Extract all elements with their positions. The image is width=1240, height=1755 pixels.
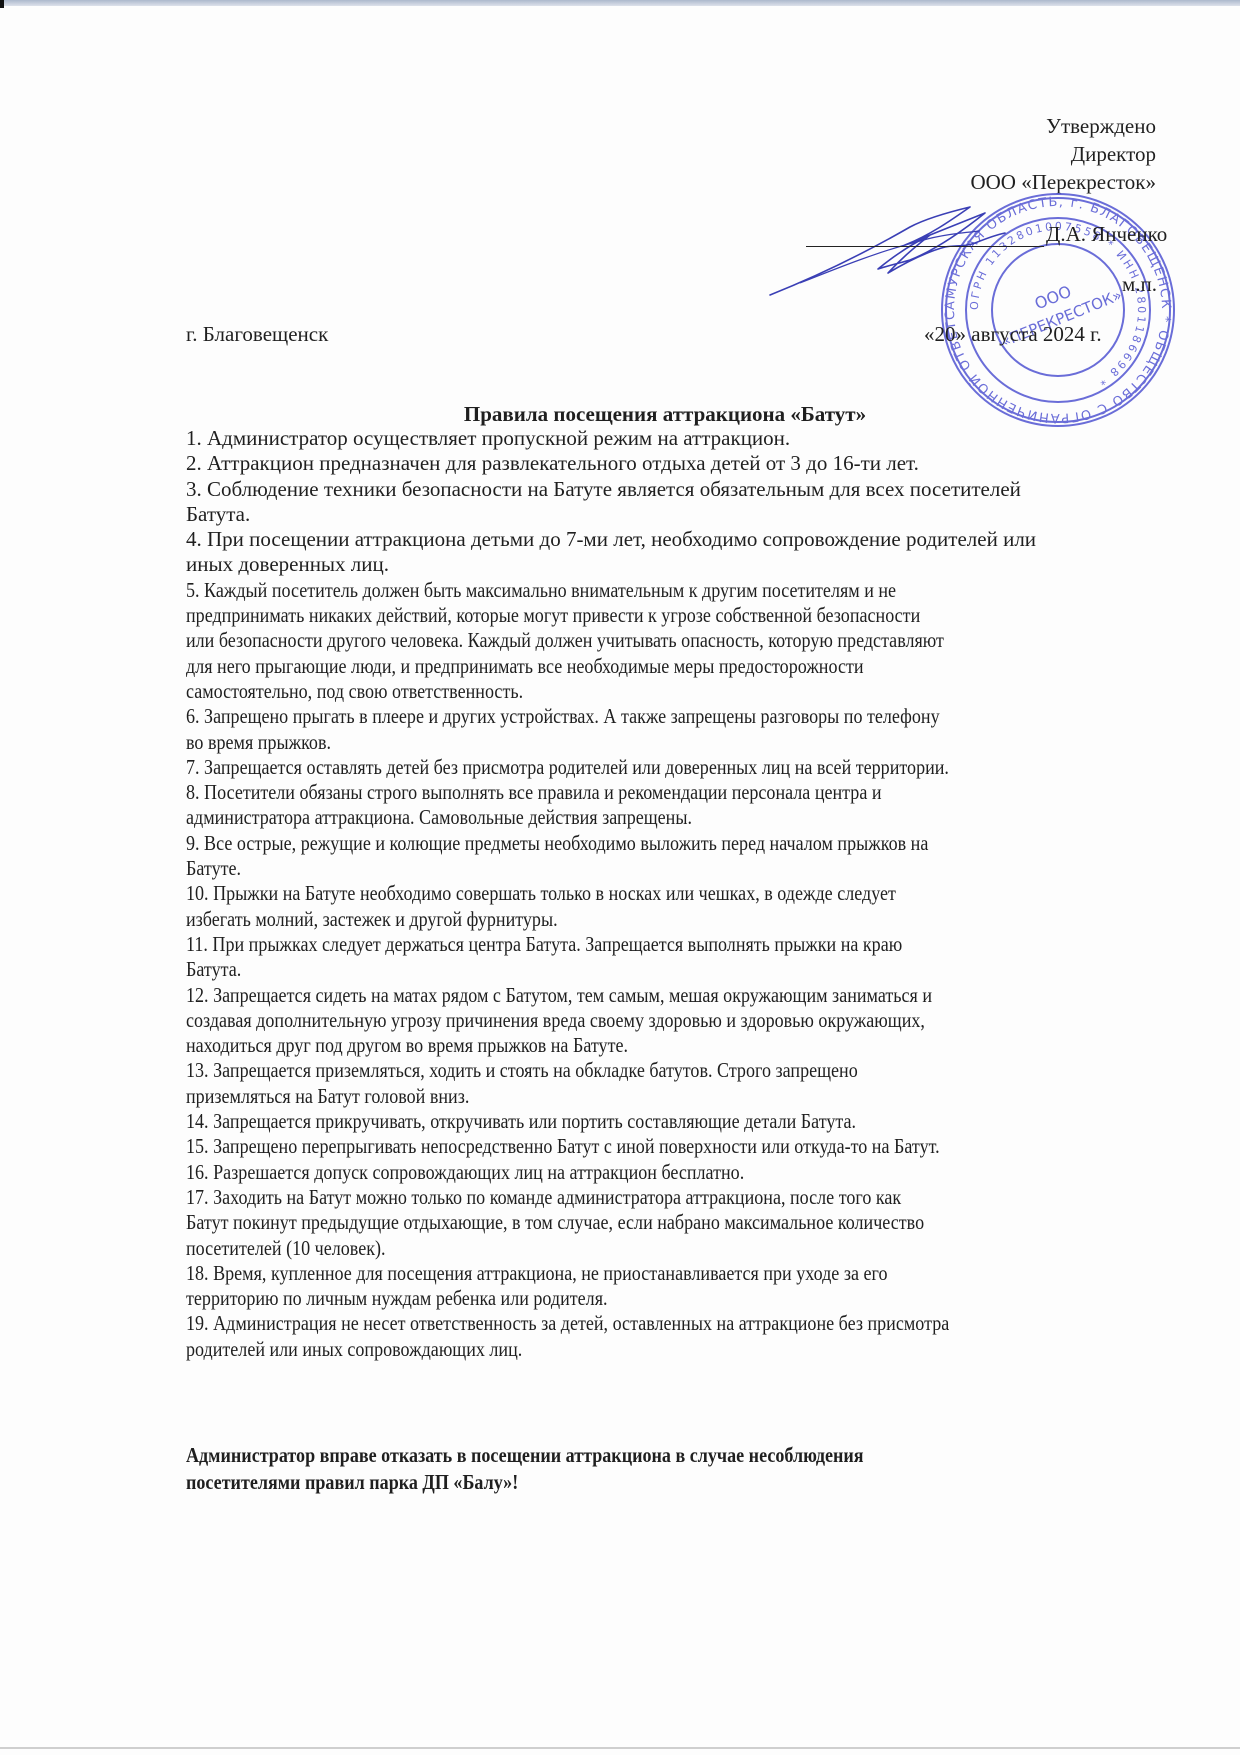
rule-line: 14. Запрещается прикручивать, откручиват… (186, 1109, 1029, 1134)
rule-line: во время прыжков. (186, 730, 1029, 755)
rule-line: 4. При посещении аттракциона детьми до 7… (186, 527, 1166, 552)
rule-line: 6. Запрещено прыгать в плеере и других у… (186, 704, 1029, 729)
rule-line: посетителей (10 человек). (186, 1236, 1029, 1261)
rule-line: иных доверенных лиц. (186, 552, 1166, 577)
signature-line (806, 246, 1044, 247)
city-name: г. Благовещенск (186, 322, 328, 347)
rule-line: 12. Запрещается сидеть на матах рядом с … (186, 983, 1029, 1008)
rule-line: Батуте. (186, 856, 1029, 881)
rules-list: 1. Администратор осуществляет пропускной… (186, 426, 1166, 1362)
footer-warning-line2: посетителями правил парка ДП «Балу»! (186, 1469, 1029, 1496)
rule-line: самостоятельно, под свою ответственность… (186, 679, 1029, 704)
rule-line: или безопасности другого человека. Кажды… (186, 628, 1029, 653)
rule-line: 16. Разрешается допуск сопровождающих ли… (186, 1160, 1029, 1185)
rule-line: 3. Соблюдение техники безопасности на Ба… (186, 477, 1166, 502)
rule-line: 18. Время, купленное для посещения аттра… (186, 1261, 1029, 1286)
rule-line: Батута. (186, 957, 1029, 982)
rule-line: 7. Запрещается оставлять детей без присм… (186, 755, 1029, 780)
footer-warning: Администратор вправе отказать в посещени… (186, 1442, 1166, 1496)
rule-line: Батута. (186, 502, 1166, 527)
rule-line: создавая дополнительную угрозу причинени… (186, 1008, 1029, 1033)
director-signature (760, 205, 1020, 300)
rule-line: территорию по личным нуждам ребенка или … (186, 1286, 1029, 1311)
approval-block: Утверждено Директор ООО «Перекресток» (970, 112, 1156, 196)
document-title: Правила посещения аттракциона «Батут» (0, 402, 1240, 427)
rule-line: избегать молний, застежек и другой фурни… (186, 907, 1029, 932)
director-position: Директор (970, 140, 1156, 168)
footer-warning-line1: Администратор вправе отказать в посещени… (186, 1442, 1029, 1469)
rule-line: для него прыгающие люди, и предпринимать… (186, 654, 1029, 679)
rule-line: родителей или иных сопровождающих лиц. (186, 1337, 1029, 1362)
rule-line: 11. При прыжках следует держаться центра… (186, 932, 1029, 957)
rule-line: приземляться на Батут головой вниз. (186, 1084, 1029, 1109)
rule-line: 17. Заходить на Батут можно только по ко… (186, 1185, 1029, 1210)
rule-line: 1. Администратор осуществляет пропускной… (186, 426, 1166, 451)
rule-line: 10. Прыжки на Батуте необходимо совершат… (186, 881, 1029, 906)
rule-line: 15. Запрещено перепрыгивать непосредстве… (186, 1134, 1029, 1159)
approval-date: «20» августа 2024 г. (924, 322, 1102, 347)
rule-line: 8. Посетители обязаны строго выполнять в… (186, 780, 1029, 805)
scan-edge-bottom (0, 1747, 1240, 1749)
rule-line: 5. Каждый посетитель должен быть максима… (186, 578, 1029, 603)
rule-line: Батут покинут предыдущие отдыхающие, в т… (186, 1210, 1029, 1235)
rule-line: 19. Администрация не несет ответственнос… (186, 1311, 1029, 1336)
rule-line: находиться друг под другом во время прыж… (186, 1033, 1029, 1058)
scan-edge-top (0, 0, 1240, 6)
scan-corner-mark (0, 0, 4, 8)
approved-label: Утверждено (970, 112, 1156, 140)
rule-line: 2. Аттракцион предназначен для развлекат… (186, 451, 1166, 476)
seal-place-mark: м.п. (1122, 272, 1157, 297)
rule-line: 9. Все острые, режущие и колющие предмет… (186, 831, 1029, 856)
rule-line: 13. Запрещается приземляться, ходить и с… (186, 1058, 1029, 1083)
director-name: Д.А. Янченко (1046, 222, 1167, 247)
rule-line: администратора аттракциона. Самовольные … (186, 805, 1029, 830)
rule-line: предпринимать никаких действий, которые … (186, 603, 1029, 628)
